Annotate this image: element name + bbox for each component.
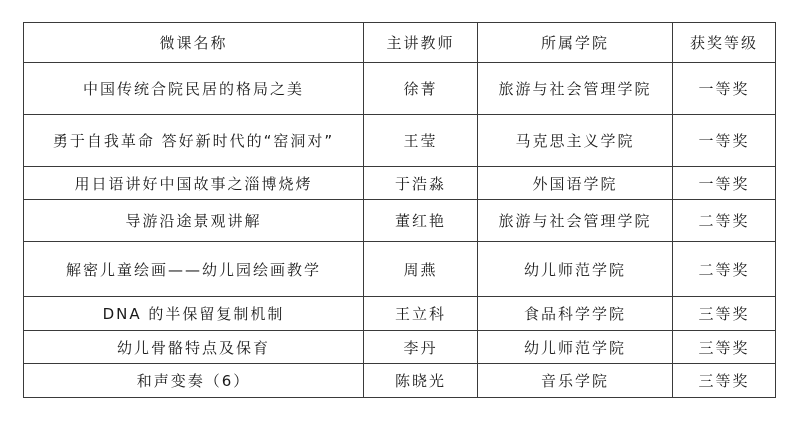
college-cell: 幼儿师范学院 [478, 331, 673, 364]
table-row: 幼儿骨骼特点及保育 李丹 幼儿师范学院 三等奖 [24, 331, 776, 364]
teacher-cell: 于浩淼 [364, 167, 478, 200]
award-cell: 一等奖 [673, 115, 776, 167]
table-row: 解密儿童绘画——幼儿园绘画教学 周燕 幼儿师范学院 二等奖 [24, 242, 776, 297]
course-name-cell: 和声变奏（6） [24, 364, 364, 398]
college-cell: 外国语学院 [478, 167, 673, 200]
header-course-name: 微课名称 [24, 23, 364, 63]
table-row: 用日语讲好中国故事之淄博烧烤 于浩淼 外国语学院 一等奖 [24, 167, 776, 200]
teacher-cell: 陈晓光 [364, 364, 478, 398]
header-row: 微课名称 主讲教师 所属学院 获奖等级 [24, 23, 776, 63]
award-cell: 三等奖 [673, 364, 776, 398]
award-cell: 一等奖 [673, 167, 776, 200]
college-cell: 马克思主义学院 [478, 115, 673, 167]
college-cell: 幼儿师范学院 [478, 242, 673, 297]
course-name-cell: 中国传统合院民居的格局之美 [24, 63, 364, 115]
college-cell: 音乐学院 [478, 364, 673, 398]
award-cell: 一等奖 [673, 63, 776, 115]
table-row: 勇于自我革命 答好新时代的“窑洞对” 王莹 马克思主义学院 一等奖 [24, 115, 776, 167]
teacher-cell: 周燕 [364, 242, 478, 297]
teacher-cell: 李丹 [364, 331, 478, 364]
table-row: 和声变奏（6） 陈晓光 音乐学院 三等奖 [24, 364, 776, 398]
table-row: DNA 的半保留复制机制 王立科 食品科学学院 三等奖 [24, 297, 776, 331]
college-cell: 食品科学学院 [478, 297, 673, 331]
header-teacher: 主讲教师 [364, 23, 478, 63]
awards-table: 微课名称 主讲教师 所属学院 获奖等级 中国传统合院民居的格局之美 徐菁 旅游与… [23, 22, 776, 398]
college-cell: 旅游与社会管理学院 [478, 63, 673, 115]
table-row: 导游沿途景观讲解 董红艳 旅游与社会管理学院 二等奖 [24, 200, 776, 242]
course-name-cell: 解密儿童绘画——幼儿园绘画教学 [24, 242, 364, 297]
teacher-cell: 王莹 [364, 115, 478, 167]
award-cell: 三等奖 [673, 297, 776, 331]
course-name-cell: 导游沿途景观讲解 [24, 200, 364, 242]
teacher-cell: 董红艳 [364, 200, 478, 242]
course-name-cell: 用日语讲好中国故事之淄博烧烤 [24, 167, 364, 200]
award-cell: 二等奖 [673, 242, 776, 297]
table-row: 中国传统合院民居的格局之美 徐菁 旅游与社会管理学院 一等奖 [24, 63, 776, 115]
header-award-level: 获奖等级 [673, 23, 776, 63]
teacher-cell: 徐菁 [364, 63, 478, 115]
course-name-cell: 勇于自我革命 答好新时代的“窑洞对” [24, 115, 364, 167]
header-college: 所属学院 [478, 23, 673, 63]
college-cell: 旅游与社会管理学院 [478, 200, 673, 242]
course-name-cell: 幼儿骨骼特点及保育 [24, 331, 364, 364]
teacher-cell: 王立科 [364, 297, 478, 331]
course-name-cell: DNA 的半保留复制机制 [24, 297, 364, 331]
award-cell: 二等奖 [673, 200, 776, 242]
award-cell: 三等奖 [673, 331, 776, 364]
